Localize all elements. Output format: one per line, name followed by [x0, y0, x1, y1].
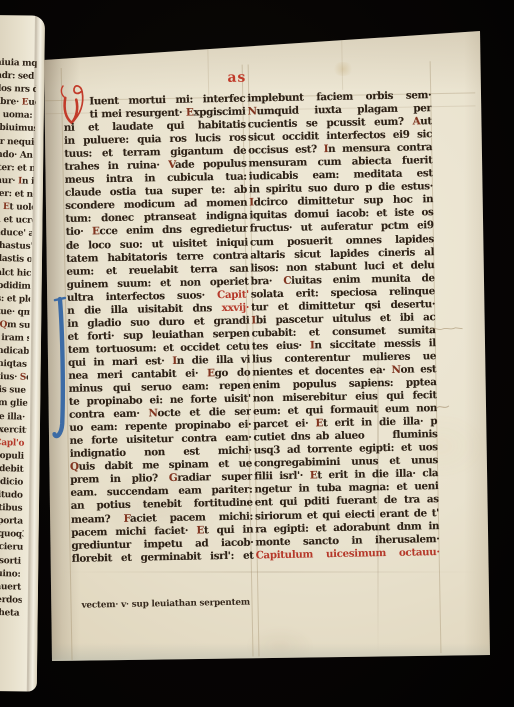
text-line: ad porta — [0, 515, 24, 529]
text-column-left: Iuent mortui mi: interfecti mei resurgen… — [63, 93, 254, 566]
header-ruling-line — [207, 37, 209, 95]
ink-stain — [160, 26, 169, 39]
text-column-right: implebunt faciem orbis sem·Numquid iuxta… — [247, 89, 440, 562]
margin-annotation — [417, 323, 465, 336]
text-line: hii quoq3 — [0, 528, 24, 542]
text-line: a uoma: nisi — [0, 109, 35, 123]
text-line: fler: et nou u — [0, 188, 33, 202]
text-line: mdo· An ia — [0, 148, 34, 162]
text-line: sedebit — [0, 463, 26, 477]
text-line: ster: et non i — [0, 161, 34, 175]
text-line: s tue· qm — [0, 305, 30, 319]
text-line: florebit et germinabit isrl': et — [72, 549, 254, 565]
page-content: as Iuent mortui mi: interfecti mei resur… — [34, 22, 500, 671]
text-line: die illa· — [0, 410, 27, 424]
text-line: onis sue — [0, 384, 28, 398]
manuscript-page: as Iuent mortui mi: interfecti mei resur… — [40, 26, 494, 667]
text-line: a· Et uolo — [0, 201, 33, 215]
text-line: entibus — [0, 502, 24, 516]
text-line: nescierut — [0, 541, 23, 555]
text-line: aiuia mq — [0, 57, 37, 71]
text-line: abre· Euock — [0, 96, 36, 110]
text-line: os iram so — [0, 332, 29, 346]
text-line: s pdidim9 — [0, 279, 31, 293]
corrector-note: vectem· v· sup leuiathan serpentem — [81, 597, 271, 610]
text-line: rtitudo — [0, 489, 25, 503]
text-line: nam glie — [0, 397, 27, 411]
header-ruling-line — [341, 32, 343, 90]
text-line: s eius· Sed — [0, 371, 28, 385]
text-line: ndr: sed ersa — [0, 70, 37, 84]
text-line: ualct hic — [0, 266, 31, 280]
margin-annotation — [435, 402, 451, 412]
text-line: Capitulum uicesimum octauu· — [256, 546, 440, 562]
text-line: mur· In ia — [0, 175, 34, 189]
text-line: t uino: — [0, 567, 23, 581]
text-line: s exercitu — [0, 423, 27, 437]
text-line: a lastis oia — [0, 253, 31, 267]
text-line: pheta — [0, 606, 22, 620]
facing-page-strip: aiuia mqndr: sed ersados nrs drabre· Euo… — [0, 15, 45, 692]
text-line: induce' adia — [0, 227, 32, 241]
text-line: errauert — [0, 580, 22, 594]
text-line: abiuimus te — [0, 122, 35, 136]
text-line: Capl'o — [0, 436, 26, 450]
text-line: e hastus' — [0, 240, 32, 254]
text-line: e· Qm sup — [0, 319, 30, 333]
text-line: m et ucroba — [0, 214, 33, 228]
manuscript-photo: aiuia mqndr: sed ersados nrs drabre· Euo… — [0, 0, 514, 707]
text-line: iudicio — [0, 476, 25, 490]
text-line: uindicabit — [0, 345, 29, 359]
text-line: tis: et ple — [0, 292, 30, 306]
text-line: sacerdos — [0, 593, 22, 607]
running-header: as — [211, 69, 263, 86]
text-line: ur nequid er — [0, 135, 35, 149]
text-line: dos nrs dr — [0, 83, 36, 97]
text-line: t iniqtas — [0, 358, 28, 372]
text-line: absorti — [0, 554, 23, 568]
text-line: e populi — [0, 449, 26, 463]
